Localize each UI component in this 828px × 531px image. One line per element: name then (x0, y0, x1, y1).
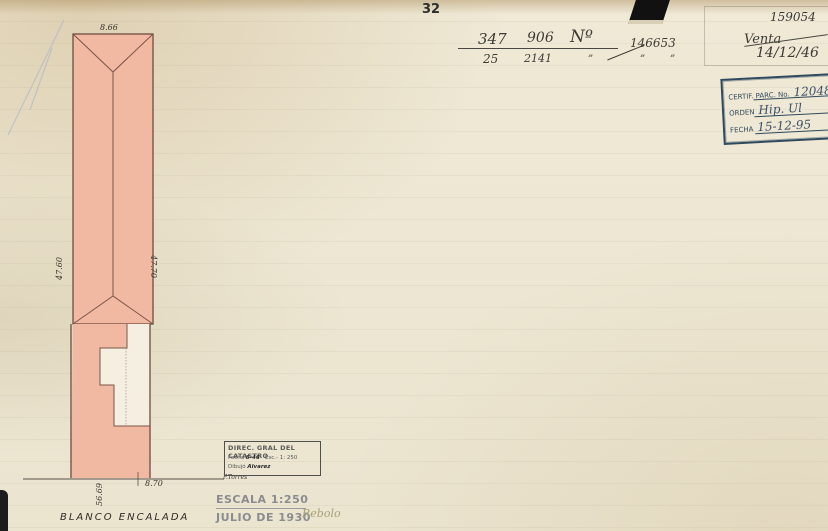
dimension-right: 47.70 (149, 255, 158, 278)
catastro-fecha-label: Fecha (228, 455, 244, 461)
signature: Rebolo (302, 507, 341, 520)
scale-stamp: ESCALA 1:250 (216, 493, 308, 506)
catastro-drawer-label: Dibujó (228, 464, 246, 470)
dimension-top: 8.66 (100, 23, 118, 32)
dimension-frontage: 8.70 (145, 479, 163, 488)
dimension-left: 47.60 (55, 257, 64, 280)
date-stamp: JULIO DE 1930 (216, 511, 311, 524)
catastro-stamp-row-drawer: Dibujó Alvarez (228, 464, 270, 470)
catastro-stamp-row-date: Fecha 8-46 Esc.- 1: 250 (228, 455, 297, 461)
street-name: BLANCO ENCALADA (60, 512, 189, 523)
catastro-fecha-value: 8-46 (246, 455, 260, 461)
catastro-drawer-value: Alvarez (247, 464, 270, 470)
catastro-stamp: DIREC. GRAL DEL CATASTRO Fecha 8-46 Esc.… (224, 441, 321, 476)
catastro-scale-label: Esc.- 1: 250 (265, 455, 297, 461)
dimension-street: 56.69 (95, 483, 104, 506)
scale-rule (216, 508, 306, 509)
floor-plan-drawing (0, 0, 828, 531)
north-arrow-icon (8, 20, 64, 135)
building-footprint (71, 34, 153, 478)
